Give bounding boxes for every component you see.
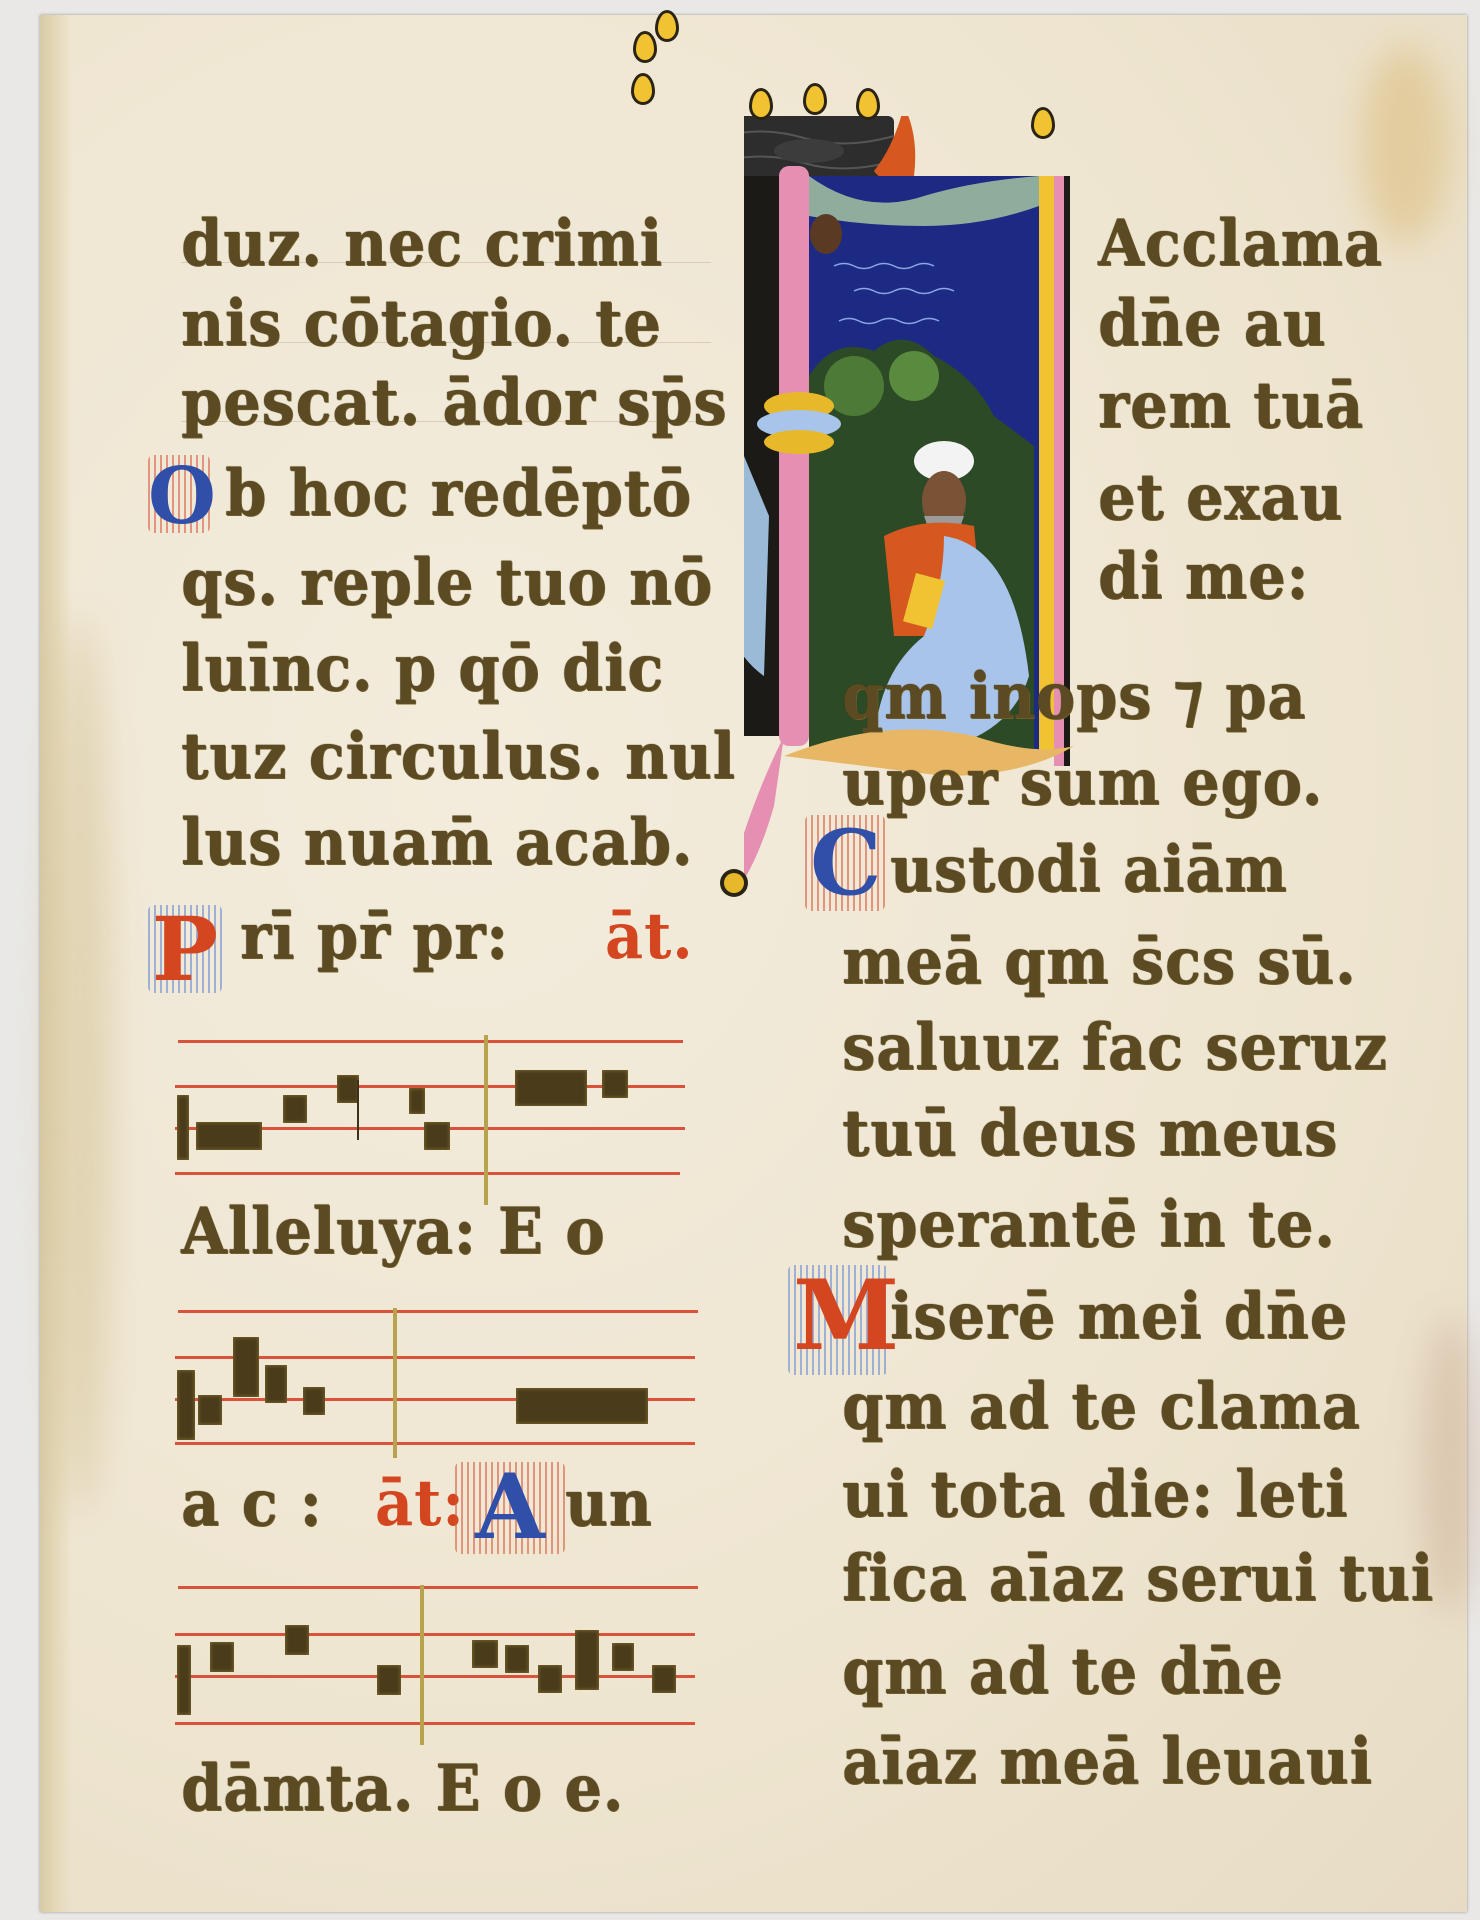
text-line: ui tota die: leti [842,1463,1348,1527]
neume [283,1095,307,1123]
gold-flame-ornament [658,13,676,39]
text-line: fica aīaz serui tui [842,1547,1434,1611]
initial-A: A [460,1462,560,1552]
gold-flame-ornament [859,91,877,117]
neume [424,1122,450,1150]
staff-line [175,1722,695,1725]
neume [198,1395,222,1425]
text-line: tuū deus meus [842,1102,1338,1166]
staff-line [178,1040,683,1043]
rubric-text: āt: [375,1472,465,1536]
neume [612,1643,634,1671]
chant-text: a c : [181,1472,322,1536]
chant-text: dāmta. E o e. [181,1757,624,1821]
neume [538,1665,562,1693]
gold-flame-ornament [752,91,770,117]
text-line: qm ad te clama [842,1375,1361,1439]
chant-text: un [565,1472,652,1536]
text-line: duz. nec crimi [181,212,663,276]
text-line: tuz circulus. nul [181,725,736,789]
gold-flame-ornament [1034,110,1052,136]
text-line: rem tuā [1098,374,1364,438]
neume [575,1630,599,1690]
neume [196,1122,262,1150]
text-line: qm ad te dn̄e [842,1640,1283,1704]
text-line: pescat. ādor sp̄s [181,371,727,435]
chant-text: Alleluya: E o [181,1200,605,1264]
bar-line [420,1585,424,1745]
staff-line [178,1310,698,1313]
neume [602,1070,628,1098]
neume [516,1388,648,1424]
neume [210,1642,234,1672]
bar-line [484,1035,488,1205]
text-line: rī pr̄ pr: [240,905,509,969]
clef [177,1095,189,1160]
gold-flame-ornament [634,76,652,102]
text-line: saluuz fac seruz [842,1016,1388,1080]
neume [265,1365,287,1403]
text-line: ustodi aiām [890,838,1288,902]
neume [337,1075,359,1103]
neume [472,1640,498,1668]
text-line: et exau [1098,466,1343,530]
rubric-text: āt. [605,905,694,969]
text-line: uper sum ego. [842,751,1323,815]
neume [303,1387,325,1415]
gold-flame-ornament [636,34,654,60]
gold-sunburst-ornament [724,873,744,893]
text-line: lus nuam̄ acab. [181,811,693,875]
text-line: qs. reple tuo nō [181,551,713,615]
bar-line [393,1308,397,1458]
stain [50,615,110,1515]
staff-line [175,1172,680,1175]
initial-P: P [148,905,222,993]
initial-M: M [793,1268,883,1364]
neume [652,1665,676,1693]
staff-line [178,1586,698,1589]
neume [285,1625,309,1655]
text-line: Acclama [1098,212,1383,276]
note-stem [357,1080,359,1140]
text-line: nis cōtagio. te [181,292,662,356]
neume [233,1337,259,1397]
staff-line [175,1675,695,1678]
staff-line [175,1442,695,1445]
text-line: qm inops ⁊ pa [842,665,1306,729]
text-line: dn̄e au [1098,292,1326,356]
text-line: luīnc. p qō dic [181,637,664,701]
text-line: sperantē in te. [842,1193,1336,1257]
neume [409,1088,425,1114]
initial-O: O [148,458,210,536]
text-line: meā qm s̄cs sū. [842,930,1356,994]
text-line: iserē mei dn̄e [890,1285,1348,1349]
text-line: b hoc redēptō [225,462,692,526]
staff-line [175,1633,695,1636]
neume [377,1665,401,1695]
neume [515,1070,587,1106]
gold-flame-ornament [806,86,824,112]
clef [177,1645,191,1715]
neume [505,1645,529,1673]
text-line: aīaz meā leuaui [842,1730,1373,1794]
text-line: di me: [1098,545,1309,609]
clef [177,1370,195,1440]
initial-C: C [810,818,880,908]
